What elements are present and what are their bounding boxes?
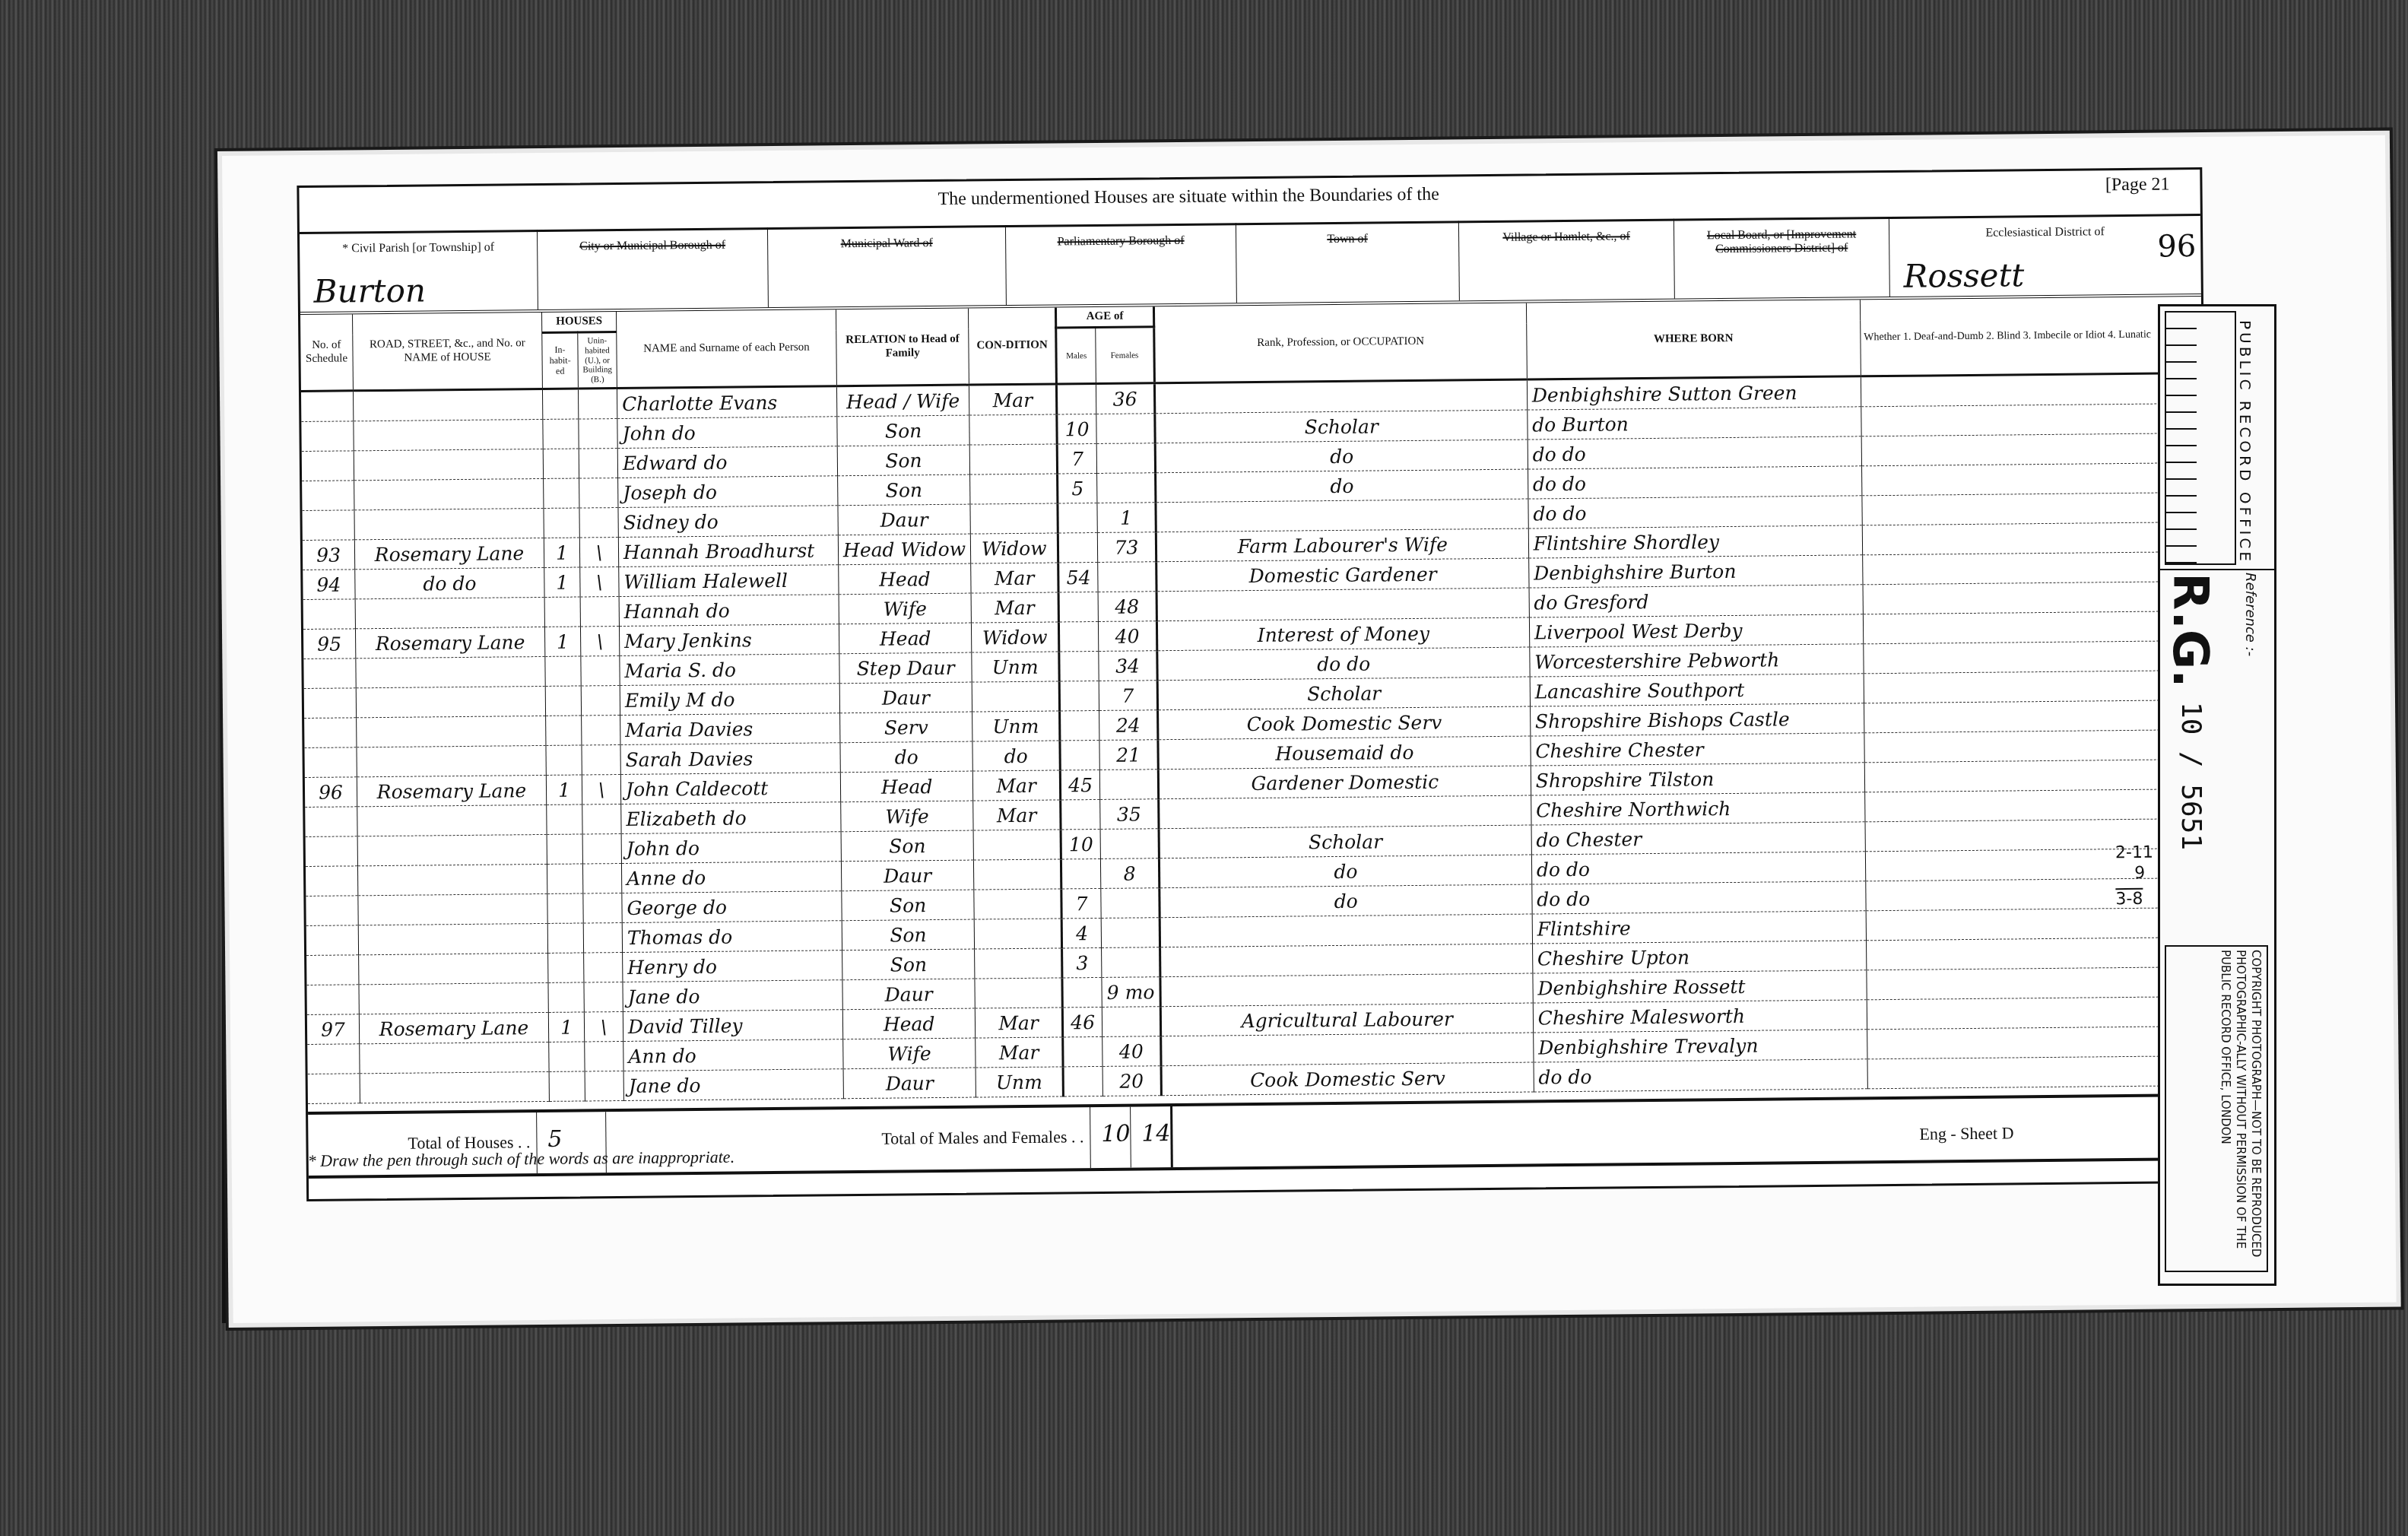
cell-born: do do <box>1528 466 1861 499</box>
cell-relation: Daur <box>841 861 974 892</box>
col-born: WHERE BORN <box>1526 300 1861 379</box>
cell-name: Hannah do <box>619 595 839 627</box>
cell-road: Rosemary Lane <box>355 627 544 659</box>
cell-name: John do <box>621 832 841 864</box>
cell-name: George do <box>622 891 842 923</box>
cell-males: 7 <box>1061 889 1101 919</box>
cell-occupation <box>1156 499 1528 532</box>
cell-inhabited <box>548 982 584 1012</box>
cell-schedule <box>302 510 354 541</box>
cell-road <box>356 657 545 688</box>
cell-relation: Wife <box>839 594 972 625</box>
cell-uninhabited: \ <box>580 567 619 597</box>
division-label: Municipal Ward of <box>773 236 1001 252</box>
cell-occupation: Farm Labourer's Wife <box>1156 528 1528 562</box>
cell-whether <box>1866 908 2207 941</box>
cell-condition: Mar <box>973 800 1061 830</box>
cell-males: 54 <box>1058 563 1098 592</box>
cell-name: Charlotte Evans <box>617 386 836 419</box>
cell-females: 24 <box>1099 710 1158 741</box>
cell-condition: Mar <box>971 563 1058 593</box>
cell-name: Henry do <box>623 950 842 982</box>
cell-born: Denbighshire Sutton Green <box>1527 376 1861 410</box>
division-number: 96 <box>2157 229 2196 264</box>
cell-occupation <box>1156 588 1529 621</box>
cell-road <box>354 509 544 540</box>
cell-condition <box>969 414 1057 445</box>
cell-inhabited <box>547 804 582 834</box>
cell-males: 46 <box>1062 1008 1102 1037</box>
cell-condition: Mar <box>972 770 1060 801</box>
cell-relation: Head Widow <box>838 535 971 566</box>
cell-males: 4 <box>1061 919 1101 948</box>
cell-road <box>358 924 547 955</box>
cell-uninhabited <box>585 1042 623 1071</box>
cell-females <box>1102 1007 1160 1037</box>
cell-born: Liverpool West Derby <box>1529 614 1863 647</box>
cell-relation: Son <box>837 416 970 447</box>
cell-males <box>1059 622 1099 652</box>
reference-piece: 10 / 5651 <box>2175 702 2207 850</box>
banner-title: The undermentioned Houses are situate wi… <box>938 185 1439 210</box>
cell-occupation: Agricultural Labourer <box>1160 1003 1533 1036</box>
cell-inhabited <box>545 686 581 716</box>
cell-name: Mary Jenkins <box>619 624 839 656</box>
archive-reference-strip: PUBLIC RECORD OFFICE Reference :- R.G. 1… <box>2158 304 2276 1286</box>
total-persons-label: Total of Males and Females . . <box>881 1127 1083 1149</box>
cell-relation: Son <box>842 920 975 951</box>
cell-relation: Step Daur <box>839 653 972 684</box>
cell-born: do Gresford <box>1529 585 1863 617</box>
cell-whether <box>1863 611 2204 644</box>
cell-uninhabited <box>578 389 617 419</box>
cell-occupation: Gardener Domestic <box>1158 766 1531 799</box>
cell-females: 40 <box>1102 1036 1161 1067</box>
cell-born: do do <box>1532 881 1866 914</box>
cell-uninhabited <box>584 982 623 1012</box>
cell-uninhabited: \ <box>582 775 620 804</box>
division-label: * Civil Parish [or Township] of <box>304 240 532 256</box>
cell-relation: Son <box>842 890 975 922</box>
cell-uninhabited <box>582 716 620 745</box>
cell-condition: Unm <box>972 652 1059 682</box>
cell-occupation: do <box>1155 469 1528 503</box>
cell-inhabited <box>544 508 579 538</box>
cell-occupation <box>1154 379 1527 414</box>
cell-males <box>1060 741 1099 770</box>
cell-road <box>359 983 548 1014</box>
cell-males <box>1061 859 1101 889</box>
cell-males <box>1063 1037 1102 1067</box>
cell-schedule: 93 <box>303 540 355 570</box>
cell-uninhabited <box>582 804 621 834</box>
cell-whether <box>1861 433 2203 466</box>
cell-condition <box>974 889 1061 919</box>
cell-occupation: Cook Domestic Serv <box>1157 706 1530 740</box>
cell-road: Rosemary Lane <box>357 776 546 807</box>
cell-road: Rosemary Lane <box>359 1013 548 1044</box>
cell-name: Jane do <box>623 980 842 1012</box>
cell-females <box>1101 888 1160 919</box>
cell-uninhabited: \ <box>580 627 619 656</box>
cell-relation: Son <box>837 446 970 477</box>
cell-road <box>360 1072 549 1103</box>
cell-condition: do <box>972 741 1060 771</box>
cell-relation: Son <box>838 475 971 506</box>
cell-females: 36 <box>1096 383 1155 414</box>
division-village: Village or Hamlet, &c., of <box>1459 219 1675 301</box>
cell-whether <box>1862 522 2203 555</box>
cell-whether <box>1863 582 2204 614</box>
cell-relation: Head <box>839 564 972 595</box>
cell-road: Rosemary Lane <box>354 538 544 570</box>
cell-females <box>1101 918 1160 948</box>
cell-name: Elizabeth do <box>621 802 841 834</box>
cell-schedule <box>304 688 357 719</box>
cell-name: William Halewell <box>619 565 839 597</box>
cell-whether <box>1865 849 2207 881</box>
cell-occupation: Scholar <box>1157 677 1530 710</box>
cell-inhabited <box>546 716 582 745</box>
cell-condition <box>970 474 1058 504</box>
division-label: Village or Hamlet, &c., of <box>1464 230 1669 246</box>
cell-name: Hannah Broadhurst <box>618 535 838 567</box>
cell-uninhabited: \ <box>584 1012 623 1042</box>
cell-schedule <box>306 955 359 985</box>
margin-note-1: 2-11 <box>2115 843 2153 862</box>
cell-females: 48 <box>1098 592 1156 622</box>
cell-schedule: 94 <box>303 570 355 600</box>
cell-schedule <box>303 659 356 689</box>
cell-occupation: Domestic Gardener <box>1156 558 1528 592</box>
division-label: Ecclesiastical District of <box>1894 224 2196 241</box>
cell-schedule <box>303 599 356 630</box>
cell-name: David Tilley <box>623 1010 842 1042</box>
cell-schedule <box>301 421 354 452</box>
cell-whether <box>1862 552 2203 585</box>
cell-schedule: 96 <box>305 777 357 808</box>
cell-road <box>357 805 547 836</box>
margin-note-3: 3-8 <box>2115 888 2143 909</box>
cell-road <box>355 598 544 629</box>
cell-females: 73 <box>1097 532 1156 563</box>
cell-born: do do <box>1528 436 1861 469</box>
cell-inhabited: 1 <box>548 1012 584 1042</box>
cell-relation: Head / Wife <box>836 386 969 417</box>
cell-whether <box>1867 997 2208 1030</box>
cell-road <box>356 687 545 718</box>
total-males-cell: 10 <box>1090 1107 1131 1169</box>
totals-blank <box>1172 1096 2210 1167</box>
cell-road <box>354 420 543 451</box>
cell-females <box>1100 829 1159 859</box>
cell-inhabited <box>547 864 582 893</box>
cell-relation: Head <box>839 624 972 655</box>
cell-uninhabited <box>582 745 620 775</box>
cell-females <box>1099 770 1158 800</box>
cell-occupation <box>1160 944 1532 977</box>
cell-males <box>1058 533 1097 563</box>
cell-females: 8 <box>1101 858 1160 889</box>
cell-condition <box>973 830 1061 860</box>
cell-males <box>1060 711 1099 741</box>
cell-males <box>1059 681 1099 711</box>
cell-uninhabited: \ <box>579 538 618 567</box>
cell-condition <box>972 681 1059 712</box>
cell-females: 7 <box>1099 681 1157 711</box>
census-table: No. of Schedule ROAD, STREET, &c., and N… <box>300 297 2209 1104</box>
cell-name: Thomas do <box>622 921 842 953</box>
col-road: ROAD, STREET, &c., and No. or NAME of HO… <box>353 313 543 391</box>
cell-males <box>1062 978 1102 1008</box>
cell-males <box>1061 800 1100 830</box>
cell-males: 5 <box>1058 474 1097 503</box>
cell-inhabited: 1 <box>544 567 580 597</box>
cell-inhabited <box>547 834 582 864</box>
cell-road <box>358 894 547 925</box>
census-page: The undermentioned Houses are situate wi… <box>222 135 2397 1323</box>
cell-uninhabited <box>581 656 620 686</box>
office-label: PUBLIC RECORD OFFICE <box>2236 320 2254 564</box>
col-whether: Whether 1. Deaf-and-Dumb 2. Blind 3. Imb… <box>1860 297 2202 376</box>
cell-born: Lancashire Southport <box>1530 674 1864 706</box>
col-uninhabited: Unin-habited (U.), or Building (B.) <box>578 332 617 389</box>
cell-inhabited: 1 <box>544 627 580 656</box>
cell-females: 40 <box>1099 621 1157 652</box>
cell-name: Jane do <box>623 1069 843 1101</box>
division-value: Burton <box>313 271 426 309</box>
cell-relation: Head <box>842 1008 976 1039</box>
cell-road <box>354 449 543 481</box>
census-form: The undermentioned Houses are situate wi… <box>297 167 2212 1201</box>
cell-schedule <box>301 391 354 422</box>
cell-inhabited: 1 <box>544 538 579 567</box>
cell-name: Edward do <box>617 446 837 478</box>
cell-whether <box>1861 463 2203 496</box>
cell-condition <box>975 978 1062 1008</box>
cell-males <box>1059 652 1099 681</box>
cell-condition: Widow <box>972 622 1059 652</box>
col-females: Females <box>1096 327 1154 384</box>
cell-occupation: Interest of Money <box>1156 617 1529 651</box>
cell-name: John do <box>617 417 837 449</box>
cell-females: 21 <box>1099 740 1158 770</box>
cell-born: do do <box>1528 496 1862 528</box>
cell-inhabited <box>547 923 583 953</box>
cell-whether <box>1866 878 2207 911</box>
cell-uninhabited <box>583 923 622 953</box>
cell-females: 35 <box>1100 799 1159 830</box>
cell-born: do do <box>1534 1059 1867 1092</box>
cell-males: 7 <box>1057 444 1096 474</box>
cell-born: Denbighshire Rossett <box>1533 970 1867 1003</box>
cell-born: Shropshire Bishops Castle <box>1530 703 1864 736</box>
cell-schedule <box>306 836 358 867</box>
cell-uninhabited <box>584 953 623 982</box>
cell-relation: Daur <box>839 683 972 714</box>
cell-name: Emily M do <box>620 684 839 716</box>
cell-schedule: 95 <box>303 629 356 659</box>
division-ecclesiastical: Ecclesiastical District of Rossett 96 <box>1889 214 2201 297</box>
divider <box>2160 569 2274 570</box>
cell-road <box>360 1043 549 1074</box>
cell-whether <box>1864 760 2206 792</box>
cell-name: Sidney do <box>618 506 838 538</box>
cell-born: Shropshire Tilston <box>1531 763 1864 795</box>
cell-born: Flintshire <box>1532 911 1866 944</box>
cell-condition: Mar <box>969 384 1057 415</box>
cell-occupation: Housemaid do <box>1158 736 1531 770</box>
division-municipal-ward: Municipal Ward of <box>768 225 1007 307</box>
cell-road: do do <box>355 568 544 599</box>
col-relation: RELATION to Head of Family <box>836 309 969 387</box>
cell-relation: Daur <box>842 979 976 1010</box>
cell-relation: Wife <box>843 1038 976 1069</box>
cell-males <box>1058 503 1097 533</box>
cell-whether <box>1861 373 2202 407</box>
cell-whether <box>1861 404 2203 436</box>
cell-uninhabited <box>582 864 621 893</box>
division-label: Town of <box>1241 231 1454 247</box>
cell-uninhabited <box>579 478 618 508</box>
cell-relation: Head <box>840 772 973 803</box>
cell-relation: Son <box>841 831 974 862</box>
col-schedule: No. of Schedule <box>300 314 353 392</box>
cell-uninhabited <box>579 449 617 478</box>
cell-uninhabited <box>579 508 618 538</box>
cell-schedule: 97 <box>307 1014 360 1045</box>
cell-inhabited: 1 <box>546 775 582 804</box>
cell-schedule <box>304 718 357 748</box>
cell-schedule <box>306 866 358 897</box>
cell-uninhabited <box>585 1071 623 1101</box>
cell-occupation: do <box>1159 855 1531 888</box>
cell-inhabited <box>549 1071 585 1101</box>
cell-schedule <box>306 985 359 1015</box>
cell-name: Ann do <box>623 1039 843 1071</box>
cell-females: 34 <box>1099 651 1157 681</box>
cell-relation: do <box>840 742 973 773</box>
reference-label: Reference :- <box>2242 573 2258 656</box>
cell-born: Flintshire Shordley <box>1528 525 1862 558</box>
cell-relation: Daur <box>843 1068 976 1099</box>
division-local-board: Local Board, or [Improvement Commissione… <box>1674 217 1890 299</box>
cell-whether <box>1864 671 2205 703</box>
cell-schedule <box>302 451 354 481</box>
cell-name: Maria S. do <box>620 654 839 686</box>
cell-males <box>1057 384 1096 414</box>
cell-road <box>353 389 542 421</box>
cell-males: 3 <box>1062 948 1102 978</box>
col-houses: HOUSES <box>541 312 616 333</box>
cell-inhabited <box>546 745 582 775</box>
cell-born: do do <box>1531 852 1865 884</box>
cell-inhabited <box>549 1042 585 1071</box>
division-civil-parish: * Civil Parish [or Township] of Burton <box>300 230 538 312</box>
cell-born: Cheshire Upton <box>1532 941 1866 973</box>
cell-condition: Unm <box>972 711 1060 741</box>
copyright-notice: COPYRIGHT PHOTOGRAPH—NOT TO BE REPRODUCE… <box>2165 945 2268 1272</box>
cell-condition: Mar <box>976 1037 1063 1068</box>
division-value: Rossett <box>1903 256 2024 295</box>
cell-schedule <box>306 896 358 926</box>
cell-females <box>1096 443 1155 474</box>
cell-born: Cheshire Chester <box>1531 733 1864 766</box>
cell-whether <box>1867 967 2208 1000</box>
cell-condition: Mar <box>971 592 1058 623</box>
cell-inhabited <box>547 893 583 923</box>
scale-ruler <box>2165 311 2236 565</box>
col-males: Males <box>1056 328 1096 385</box>
cell-whether <box>1864 730 2206 763</box>
cell-females <box>1096 414 1155 444</box>
cell-occupation: Cook Domestic Serv <box>1161 1062 1534 1096</box>
cell-inhabited <box>543 449 579 478</box>
cell-uninhabited <box>580 597 619 627</box>
cell-condition: Widow <box>970 533 1058 563</box>
cell-occupation: do do <box>1157 647 1530 681</box>
cell-road <box>354 479 544 510</box>
cell-schedule <box>304 747 357 778</box>
cell-relation: Wife <box>841 801 974 833</box>
cell-males <box>1058 592 1098 622</box>
col-inhabited: In-habit-ed <box>542 332 579 389</box>
cell-road <box>357 746 546 777</box>
cell-relation: Son <box>842 950 976 981</box>
cell-condition: Unm <box>976 1067 1063 1097</box>
cell-condition <box>970 503 1058 534</box>
cell-name: John Caldecott <box>620 773 840 804</box>
cell-condition <box>974 919 1061 949</box>
cell-females: 9 mo <box>1102 977 1160 1008</box>
cell-born: Cheshire Malesworth <box>1533 1000 1867 1033</box>
division-label: City or Municipal Borough of <box>542 238 763 254</box>
cell-occupation: Scholar <box>1159 825 1531 858</box>
cell-inhabited <box>543 419 579 449</box>
margin-note-2: 9 <box>2134 864 2145 883</box>
cell-occupation: Scholar <box>1155 410 1528 443</box>
cell-males: 45 <box>1060 770 1099 800</box>
cell-inhabited <box>544 478 579 508</box>
cell-born: Denbighshire Burton <box>1528 555 1862 588</box>
cell-males <box>1063 1067 1102 1096</box>
footnote: * Draw the pen through such of the words… <box>308 1147 735 1171</box>
cell-born: Denbighshire Trevalyn <box>1533 1030 1867 1062</box>
cell-condition <box>975 948 1062 979</box>
cell-uninhabited <box>582 834 621 864</box>
cell-condition <box>974 859 1061 890</box>
col-condition: CON-DITION <box>969 307 1057 385</box>
reference-series: R.G. <box>2162 573 2218 688</box>
cell-inhabited <box>548 953 584 982</box>
cell-females <box>1097 473 1156 503</box>
cell-schedule <box>308 1074 360 1104</box>
cell-inhabited <box>544 597 580 627</box>
cell-condition: Mar <box>975 1008 1062 1038</box>
cell-born: Cheshire Northwich <box>1531 792 1864 825</box>
cell-females: 20 <box>1102 1066 1161 1096</box>
cell-uninhabited <box>583 893 622 923</box>
cell-schedule <box>306 925 359 956</box>
cell-occupation: do <box>1160 884 1532 918</box>
total-males-value: 10 <box>1101 1121 1131 1147</box>
division-parliamentary-borough: Parliamentary Borough of <box>1006 223 1237 305</box>
cell-name: Sarah Davies <box>620 743 840 775</box>
cell-females <box>1102 947 1160 978</box>
cell-whether <box>1865 819 2207 852</box>
cell-born: do Chester <box>1531 822 1865 855</box>
cell-uninhabited <box>579 419 617 449</box>
